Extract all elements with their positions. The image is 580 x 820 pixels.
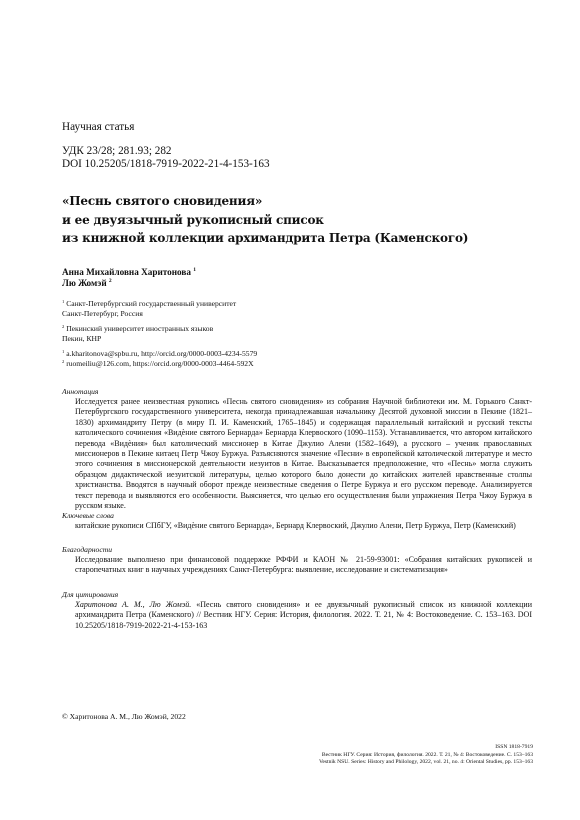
issn: ISSN 1818-7919 (113, 744, 533, 752)
author-list: Анна Михайловна Харитонова 1 Лю Жомэй 2 (62, 267, 196, 288)
contact-2[interactable]: 2 ruomeiliu@126.com, https://orcid.org/0… (62, 359, 257, 369)
title-line-1: «Песнь святого сновидения» (62, 192, 532, 211)
title-line-3: из книжной коллекции архимандрита Петра … (62, 229, 532, 248)
keywords-text: китайские рукописи СПбГУ, «Видѐние свято… (75, 521, 532, 531)
acknowledgements-label: Благодарности (62, 545, 112, 555)
author: Анна Михайловна Харитонова 1 (62, 267, 196, 278)
citation-text: Харитонова А. М., Лю Жомэй. «Песнь свято… (75, 600, 532, 631)
contact-1[interactable]: 1 a.kharitonova@spbu.ru, http://orcid.or… (62, 349, 257, 359)
abstract-label: Аннотация (62, 387, 98, 397)
journal-ru: Вестник НГУ. Серия: История, филология. … (113, 752, 533, 760)
keywords-label: Ключевые слова (62, 511, 114, 521)
citation-label: Для цитирования (62, 590, 118, 600)
affiliation-1: 1 Санкт-Петербургский государственный ун… (62, 299, 236, 318)
article-type: Научная статья (62, 121, 134, 134)
title-line-2: и ее двуязычный рукописный список (62, 211, 532, 230)
acknowledgements-text: Исследование выполнено при финансовой по… (75, 555, 532, 576)
copyright: © Харитонова А. М., Лю Жомэй, 2022 (62, 712, 186, 722)
contacts: 1 a.kharitonova@spbu.ru, http://orcid.or… (62, 349, 257, 368)
footer: ISSN 1818-7919 Вестник НГУ. Серия: Истор… (113, 744, 533, 767)
doi[interactable]: DOI 10.25205/1818-7919-2022-21-4-153-163 (62, 158, 270, 171)
affiliation-2: 2 Пекинский университет иностранных язык… (62, 324, 213, 343)
abstract-text: Исследуется ранее неизвестная рукопись «… (75, 397, 532, 511)
udk: УДК 23/28; 281.93; 282 (62, 145, 172, 158)
journal-en: Vestnik NSU. Series: History and Philolo… (113, 759, 533, 767)
author: Лю Жомэй 2 (62, 278, 196, 289)
article-title: «Песнь святого сновидения» и ее двуязычн… (62, 192, 532, 248)
